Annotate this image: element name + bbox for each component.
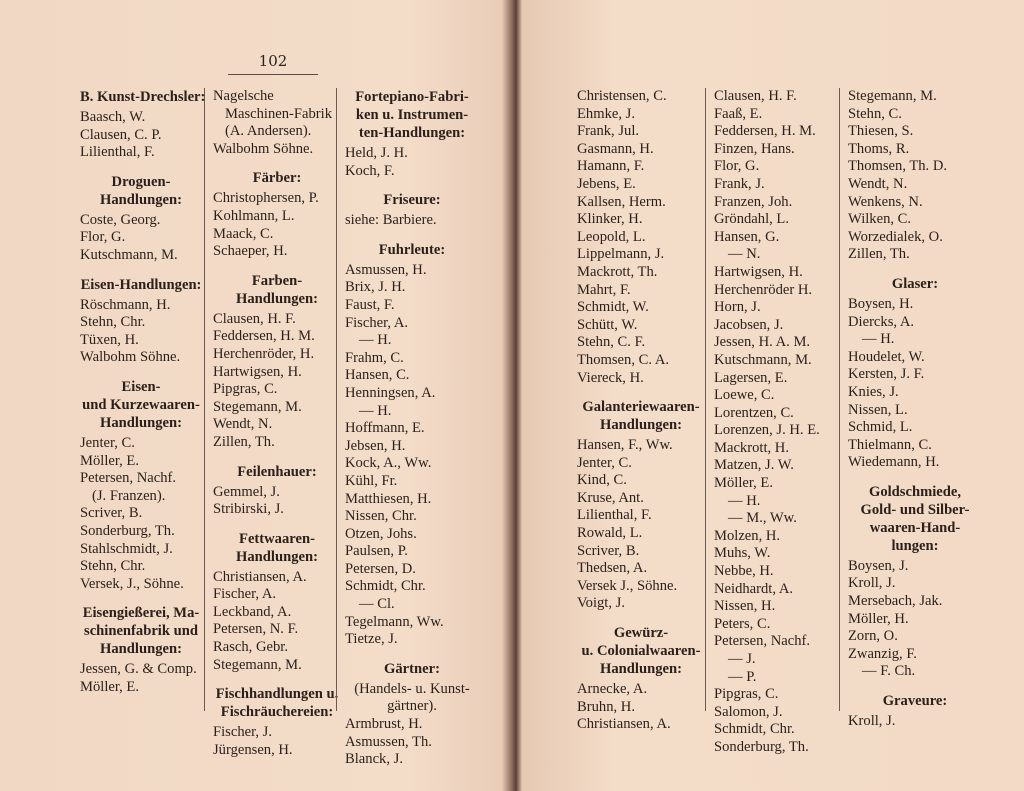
directory-entry: Asmussen, H. [345, 262, 479, 280]
directory-entry: — F. Ch. [848, 663, 982, 681]
directory-entry: Scriver, B. [80, 505, 202, 523]
section-heading: Eisen-Handlungen: [80, 276, 202, 294]
section-heading: Färber: [213, 169, 341, 187]
directory-entry: Pipgras, C. [714, 686, 844, 704]
directory-entry: Stegemann, M. [848, 88, 982, 106]
section-heading: Fortepiano-Fabri- [345, 88, 479, 106]
directory-section: Gewürz-u. Colonialwaaren-Handlungen:Arne… [577, 624, 705, 734]
directory-entry: Neidhardt, A. [714, 581, 844, 599]
directory-entry: Maack, C. [213, 226, 341, 244]
directory-entry: Fischer, A. [213, 586, 341, 604]
directory-entry: Schaeper, H. [213, 243, 341, 261]
directory-entry: Otzen, Johs. [345, 526, 479, 544]
directory-entry: Hansen, C. [345, 367, 479, 385]
section-heading: Eisengießerei, Ma- [80, 604, 202, 622]
directory-entry: Houdelet, W. [848, 349, 982, 367]
directory-entry: Jenter, C. [80, 435, 202, 453]
directory-entry: Christensen, C. [577, 88, 705, 106]
directory-entry: Held, J. H. [345, 145, 479, 163]
section-heading: Glaser: [848, 275, 982, 293]
directory-entry: Kallsen, Herm. [577, 194, 705, 212]
section-heading: Eisen- [80, 378, 202, 396]
section-heading: Fischhandlungen u. [213, 685, 341, 703]
page-number: 102 [228, 52, 318, 75]
directory-section: Graveure:Kroll, J. [848, 692, 982, 731]
directory-entry: — H. [345, 332, 479, 350]
directory-entry: Molzen, H. [714, 528, 844, 546]
directory-section: Gärtner:(Handels- u. Kunst-gärtner).Armb… [345, 660, 479, 769]
column: B. Kunst-Drechsler:Baasch, W.Clausen, C.… [80, 88, 202, 711]
directory-entry: Jebens, E. [577, 176, 705, 194]
directory-entry: Tietze, J. [345, 631, 479, 649]
directory-entry: Baasch, W. [80, 109, 202, 127]
directory-entry: Knies, J. [848, 384, 982, 402]
directory-entry: Tüxen, H. [80, 332, 202, 350]
directory-entry: Tegelmann, Ww. [345, 614, 479, 632]
directory-entry: Koch, F. [345, 163, 479, 181]
directory-entry: Paulsen, P. [345, 543, 479, 561]
directory-entry: Hansen, G. [714, 229, 844, 247]
directory-entry: Frank, J. [714, 176, 844, 194]
directory-entry: Gemmel, J. [213, 484, 341, 502]
directory-entry: Thomsen, C. A. [577, 352, 705, 370]
directory-entry: Asmussen, Th. [345, 734, 479, 752]
directory-entry: — P. [714, 669, 844, 687]
directory-entry: Stahlschmidt, J. [80, 541, 202, 559]
directory-entry: Nissen, H. [714, 598, 844, 616]
directory-entry: — H. [345, 403, 479, 421]
directory-entry: — J. [714, 651, 844, 669]
directory-section: Fettwaaren-Handlungen:Christiansen, A.Fi… [213, 530, 341, 675]
directory-entry: Lorentzen, C. [714, 405, 844, 423]
left-page: 102 B. Kunst-Drechsler:Baasch, W.Clausen… [0, 0, 510, 791]
directory-entry: Leopold, L. [577, 229, 705, 247]
directory-entry: Gasmann, H. [577, 141, 705, 159]
directory-entry: Feddersen, H. M. [213, 328, 341, 346]
directory-entry: Scriver, B. [577, 543, 705, 561]
section-heading: Gärtner: [345, 660, 479, 678]
directory-entry: Zorn, O. [848, 628, 982, 646]
section-heading: B. Kunst-Drechsler: [80, 88, 202, 106]
directory-entry: Schmidt, W. [577, 299, 705, 317]
directory-entry: Matzen, J. W. [714, 457, 844, 475]
directory-entry: Armbrust, H. [345, 716, 479, 734]
column: Clausen, H. F.Faaß, E.Feddersen, H. M.Fi… [705, 88, 844, 711]
directory-entry: Clausen, H. F. [714, 88, 844, 106]
directory-entry: Kutschmann, M. [80, 247, 202, 265]
section-heading: Handlungen: [213, 548, 341, 566]
directory-entry: Thielmann, C. [848, 437, 982, 455]
directory-entry: Jürgensen, H. [213, 742, 341, 760]
directory-section: Farben-Handlungen:Clausen, H. F.Fedderse… [213, 272, 341, 452]
directory-entry: Wiedemann, H. [848, 454, 982, 472]
directory-entry: Sonderburg, Th. [714, 739, 844, 757]
directory-entry: Boysen, H. [848, 296, 982, 314]
directory-entry: Jebsen, H. [345, 438, 479, 456]
directory-entry: Petersen, D. [345, 561, 479, 579]
section-heading: und Kurzewaaren- [80, 396, 202, 414]
directory-entry: Horn, J. [714, 299, 844, 317]
directory-entry: — Cl. [345, 596, 479, 614]
directory-entry: Jenter, C. [577, 455, 705, 473]
directory-entry: Flor, G. [80, 229, 202, 247]
directory-entry: Viereck, H. [577, 370, 705, 388]
section-heading: Gold- und Silber- [848, 501, 982, 519]
directory-entry: Feddersen, H. M. [714, 123, 844, 141]
section-heading: Feilenhauer: [213, 463, 341, 481]
directory-section: Eisen-Handlungen:Röschmann, H.Stehn, Chr… [80, 276, 202, 367]
directory-entry: Herchenröder H. [714, 282, 844, 300]
directory-entry: Schmidt, Chr. [345, 578, 479, 596]
right-page: Christensen, C.Ehmke, J.Frank, Jul.Gasma… [517, 0, 1024, 791]
directory-entry: Petersen, Nachf. [714, 633, 844, 651]
section-heading: Fuhrleute: [345, 241, 479, 259]
column: Fortepiano-Fabri-ken u. Instrumen-ten-Ha… [336, 88, 479, 711]
directory-entry: Thedsen, A. [577, 560, 705, 578]
directory-section: Stegemann, M.Stehn, C.Thiesen, S.Thoms, … [848, 88, 982, 264]
directory-entry: Möller, E. [80, 453, 202, 471]
directory-entry: Loewe, C. [714, 387, 844, 405]
directory-entry: Stehn, C. [848, 106, 982, 124]
column: Christensen, C.Ehmke, J.Frank, Jul.Gasma… [577, 88, 705, 711]
directory-entry: Kohlmann, L. [213, 208, 341, 226]
directory-entry: Frahm, C. [345, 350, 479, 368]
section-heading: Handlungen: [80, 191, 202, 209]
directory-entry: Herchenröder, H. [213, 346, 341, 364]
directory-entry: Schmid, L. [848, 419, 982, 437]
directory-entry: Finzen, Hans. [714, 141, 844, 159]
directory-section: Eisen-und Kurzewaaren-Handlungen:Jenter,… [80, 378, 202, 593]
section-heading: Goldschmiede, [848, 483, 982, 501]
directory-section: Fortepiano-Fabri-ken u. Instrumen-ten-Ha… [345, 88, 479, 180]
directory-entry: Versek, J., Söhne. [80, 576, 202, 594]
directory-entry: Thomsen, Th. D. [848, 158, 982, 176]
directory-entry: — M., Ww. [714, 510, 844, 528]
directory-entry: Hamann, F. [577, 158, 705, 176]
directory-entry: Christiansen, A. [213, 569, 341, 587]
section-heading: Gewürz- [577, 624, 705, 642]
directory-entry: Matthiesen, H. [345, 491, 479, 509]
directory-entry: Nagelsche [213, 88, 341, 106]
directory-entry: Jessen, H. A. M. [714, 334, 844, 352]
directory-section: Friseure:siehe: Barbiere. [345, 191, 479, 230]
directory-entry: Möller, E. [714, 475, 844, 493]
directory-entry: Lagersen, E. [714, 370, 844, 388]
directory-section: Glaser:Boysen, H.Diercks, A.— H.Houdelet… [848, 275, 982, 472]
section-heading: lungen: [848, 537, 982, 555]
directory-entry: Kutschmann, M. [714, 352, 844, 370]
directory-section: Droguen-Handlungen:Coste, Georg.Flor, G.… [80, 173, 202, 265]
section-heading: Fettwaaren- [213, 530, 341, 548]
directory-entry: Mackrott, H. [714, 440, 844, 458]
directory-section: Clausen, H. F.Faaß, E.Feddersen, H. M.Fi… [714, 88, 844, 757]
directory-entry: Faaß, E. [714, 106, 844, 124]
section-note: siehe: Barbiere. [345, 212, 479, 230]
section-heading: Handlungen: [577, 660, 705, 678]
directory-entry: Wenkens, N. [848, 194, 982, 212]
section-heading: Handlungen: [80, 414, 202, 432]
section-heading: u. Colonialwaaren- [577, 642, 705, 660]
directory-entry: Hansen, F., Ww. [577, 437, 705, 455]
directory-entry: Stegemann, M. [213, 399, 341, 417]
directory-entry: Zillen, Th. [213, 434, 341, 452]
directory-entry: Faust, F. [345, 297, 479, 315]
directory-section: Galanteriewaaren-Handlungen:Hansen, F., … [577, 398, 705, 613]
section-heading: waaren-Hand- [848, 519, 982, 537]
directory-entry: Kock, A., Ww. [345, 455, 479, 473]
directory-entry: Stribirski, J. [213, 501, 341, 519]
section-heading: Galanteriewaaren- [577, 398, 705, 416]
directory-entry: Stehn, Chr. [80, 314, 202, 332]
directory-entry: Nissen, L. [848, 402, 982, 420]
section-heading: Droguen- [80, 173, 202, 191]
section-heading: Handlungen: [577, 416, 705, 434]
section-heading: Handlungen: [213, 290, 341, 308]
directory-entry: Röschmann, H. [80, 297, 202, 315]
directory-entry: Schmidt, Chr. [714, 721, 844, 739]
directory-entry: Hoffmann, E. [345, 420, 479, 438]
directory-section: Fischhandlungen u.Fischräuchereien:Fisch… [213, 685, 341, 759]
directory-section: Goldschmiede,Gold- und Silber-waaren-Han… [848, 483, 982, 681]
book-spread: 102 B. Kunst-Drechsler:Baasch, W.Clausen… [0, 0, 1024, 791]
directory-entry: — H. [714, 493, 844, 511]
directory-entry: Clausen, C. P. [80, 127, 202, 145]
column: NagelscheMaschinen-Fabrik(A. Andersen).W… [204, 88, 341, 711]
directory-entry: Sonderburg, Th. [80, 523, 202, 541]
directory-section: Färber:Christophersen, P.Kohlmann, L.Maa… [213, 169, 341, 260]
directory-section: Christensen, C.Ehmke, J.Frank, Jul.Gasma… [577, 88, 705, 387]
directory-entry: Nissen, Chr. [345, 508, 479, 526]
directory-entry: Möller, H. [848, 611, 982, 629]
directory-entry: Lilienthal, F. [577, 507, 705, 525]
directory-entry: Wilken, C. [848, 211, 982, 229]
directory-entry: Fischer, J. [213, 724, 341, 742]
directory-entry: Walbohm Söhne. [80, 349, 202, 367]
section-heading: Farben- [213, 272, 341, 290]
directory-section: Fuhrleute:Asmussen, H.Brix, J. H.Faust, … [345, 241, 479, 649]
directory-entry: Arnecke, A. [577, 681, 705, 699]
directory-entry: Leckband, A. [213, 604, 341, 622]
section-heading: Handlungen: [80, 640, 202, 658]
directory-entry: Lorenzen, J. H. E. [714, 422, 844, 440]
directory-entry: Worzedialek, O. [848, 229, 982, 247]
directory-entry: Kühl, Fr. [345, 473, 479, 491]
directory-entry: Diercks, A. [848, 314, 982, 332]
column: Stegemann, M.Stehn, C.Thiesen, S.Thoms, … [839, 88, 982, 711]
directory-entry: Zwanzig, F. [848, 646, 982, 664]
directory-entry: Muhs, W. [714, 545, 844, 563]
section-note: (Handels- u. Kunst- [345, 681, 479, 699]
directory-entry: Wendt, N. [848, 176, 982, 194]
directory-entry: Fischer, A. [345, 315, 479, 333]
directory-entry: Hartwigsen, H. [213, 364, 341, 382]
directory-entry: Voigt, J. [577, 595, 705, 613]
directory-entry: Clausen, H. F. [213, 311, 341, 329]
directory-entry: Stehn, C. F. [577, 334, 705, 352]
directory-entry: Hartwigsen, H. [714, 264, 844, 282]
directory-entry: Wendt, N. [213, 416, 341, 434]
directory-entry: Stehn, Chr. [80, 558, 202, 576]
directory-entry: Frank, Jul. [577, 123, 705, 141]
directory-entry: Henningsen, A. [345, 385, 479, 403]
directory-entry: (A. Andersen). [213, 123, 341, 141]
directory-entry: Versek J., Söhne. [577, 578, 705, 596]
directory-entry: Flor, G. [714, 158, 844, 176]
directory-entry: Kruse, Ant. [577, 490, 705, 508]
directory-entry: Blanck, J. [345, 751, 479, 769]
directory-entry: Rasch, Gebr. [213, 639, 341, 657]
directory-entry: Brix, J. H. [345, 279, 479, 297]
directory-section: NagelscheMaschinen-Fabrik(A. Andersen).W… [213, 88, 341, 158]
directory-entry: Mersebach, Jak. [848, 593, 982, 611]
directory-entry: Zillen, Th. [848, 246, 982, 264]
directory-entry: Coste, Georg. [80, 212, 202, 230]
directory-entry: Salomon, J. [714, 704, 844, 722]
directory-section: B. Kunst-Drechsler:Baasch, W.Clausen, C.… [80, 88, 202, 162]
directory-entry: Pipgras, C. [213, 381, 341, 399]
directory-entry: Mahrt, F. [577, 282, 705, 300]
section-heading: ten-Handlungen: [345, 124, 479, 142]
section-note: gärtner). [345, 698, 479, 716]
directory-entry: Möller, E. [80, 679, 202, 697]
directory-entry: Kersten, J. F. [848, 366, 982, 384]
directory-entry: Lilienthal, F. [80, 144, 202, 162]
section-heading: Friseure: [345, 191, 479, 209]
directory-entry: Thiesen, S. [848, 123, 982, 141]
directory-entry: Schütt, W. [577, 317, 705, 335]
directory-section: Feilenhauer:Gemmel, J.Stribirski, J. [213, 463, 341, 519]
section-heading: Fischräuchereien: [213, 703, 341, 721]
directory-entry: Christiansen, A. [577, 716, 705, 734]
directory-entry: Nebbe, H. [714, 563, 844, 581]
directory-entry: Jacobsen, J. [714, 317, 844, 335]
directory-entry: Christophersen, P. [213, 190, 341, 208]
directory-entry: Walbohm Söhne. [213, 141, 341, 159]
directory-entry: Stegemann, M. [213, 657, 341, 675]
section-heading: schinenfabrik und [80, 622, 202, 640]
directory-entry: Gröndahl, L. [714, 211, 844, 229]
directory-entry: Jessen, G. & Comp. [80, 661, 202, 679]
section-heading: ken u. Instrumen- [345, 106, 479, 124]
directory-entry: Franzen, Joh. [714, 194, 844, 212]
directory-entry: Kroll, J. [848, 575, 982, 593]
directory-entry: Mackrott, Th. [577, 264, 705, 282]
directory-entry: Peters, C. [714, 616, 844, 634]
section-heading: Graveure: [848, 692, 982, 710]
directory-entry: — N. [714, 246, 844, 264]
directory-entry: Maschinen-Fabrik [213, 106, 341, 124]
directory-entry: Kind, C. [577, 472, 705, 490]
directory-entry: Kroll, J. [848, 713, 982, 731]
directory-entry: — H. [848, 331, 982, 349]
directory-entry: Ehmke, J. [577, 106, 705, 124]
directory-entry: Rowald, L. [577, 525, 705, 543]
directory-section: Eisengießerei, Ma-schinenfabrik undHandl… [80, 604, 202, 696]
directory-entry: Petersen, N. F. [213, 621, 341, 639]
directory-entry: Klinker, H. [577, 211, 705, 229]
directory-entry: Petersen, Nachf. [80, 470, 202, 488]
directory-entry: Bruhn, H. [577, 699, 705, 717]
directory-entry: (J. Franzen). [80, 488, 202, 506]
directory-entry: Thoms, R. [848, 141, 982, 159]
directory-entry: Lippelmann, J. [577, 246, 705, 264]
directory-entry: Boysen, J. [848, 558, 982, 576]
